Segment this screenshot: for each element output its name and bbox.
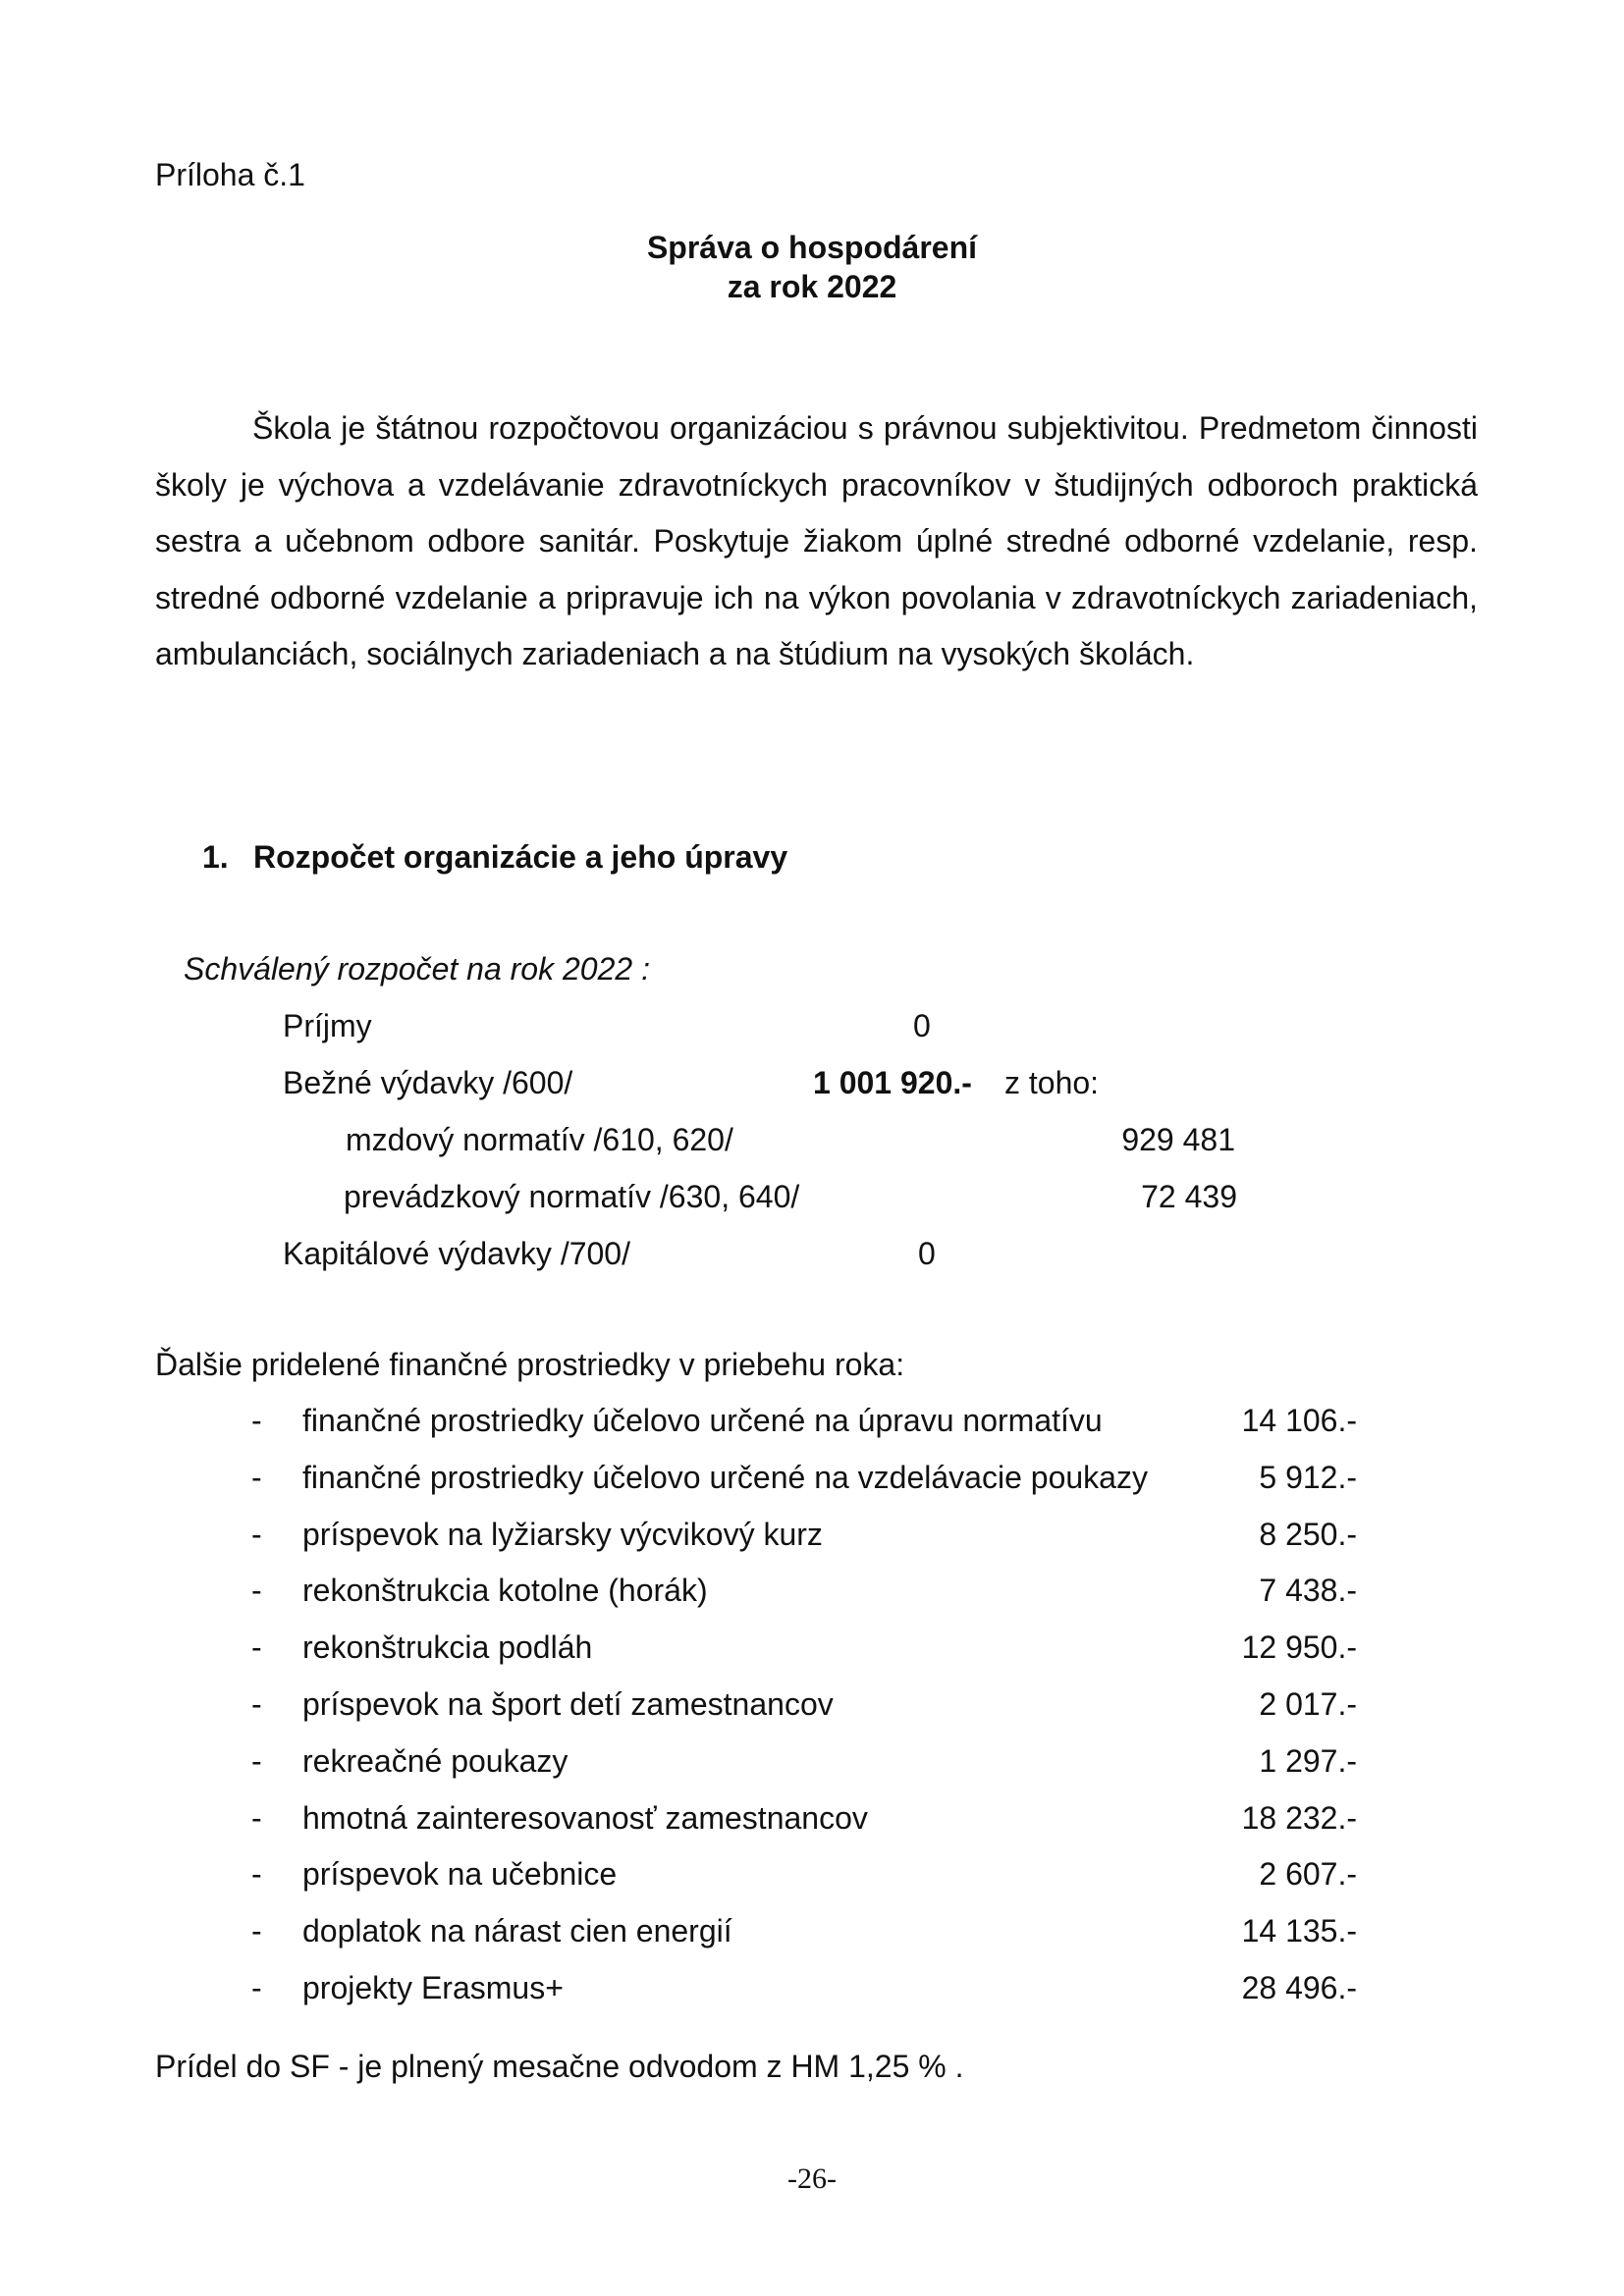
budget-note: z toho: [1004,1063,1099,1102]
approved-budget-heading: Schválený rozpočet na rok 2022 : [184,949,650,988]
item-label: projekty Erasmus+ [302,1968,564,2007]
item-amount: 12 950.- [1242,1628,1357,1667]
title-line-1: Správa o hospodárení [0,228,1624,267]
list-item: -projekty Erasmus+28 496.- [0,1968,1624,2007]
list-item: -príspevok na lyžiarsky výcvikový kurz8 … [0,1515,1624,1554]
item-amount: 8 250.- [1259,1515,1357,1554]
list-item: -príspevok na šport detí zamestnancov2 0… [0,1684,1624,1724]
bullet-dash: - [251,1854,262,1894]
section-heading: 1.Rozpočet organizácie a jeho úpravy [202,837,787,877]
list-item: -rekonštrukcia podláh12 950.- [0,1628,1624,1667]
bullet-dash: - [251,1458,262,1497]
bullet-dash: - [251,1968,262,2007]
bullet-dash: - [251,1798,262,1838]
budget-row-operating-norm: prevádzkový normatív /630, 640/ 72 439 [0,1177,1624,1216]
list-item: -rekonštrukcia kotolne (horák)7 438.- [0,1571,1624,1610]
item-amount: 14 135.- [1242,1911,1357,1950]
social-fund-note: Prídel do SF - je plnený mesačne odvodom… [155,2047,964,2086]
budget-label: Príjmy [283,1006,372,1045]
bullet-dash: - [251,1628,262,1667]
bullet-dash: - [251,1515,262,1554]
item-label: rekonštrukcia podláh [302,1628,592,1667]
budget-row-wage-norm: mzdový normatív /610, 620/ 929 481 [0,1120,1624,1159]
section-number: 1. [202,837,253,877]
item-label: príspevok na učebnice [302,1854,617,1894]
list-item: -finančné prostriedky účelovo určené na … [0,1458,1624,1497]
intro-paragraph: Škola je štátnou rozpočtovou organizácio… [155,400,1478,683]
page-number: -26- [0,2160,1624,2199]
item-amount: 2 607.- [1259,1854,1357,1894]
title-line-2: za rok 2022 [0,267,1624,306]
document-title: Správa o hospodárení za rok 2022 [0,228,1624,306]
annex-label: Príloha č.1 [155,155,305,194]
bullet-dash: - [251,1911,262,1950]
budget-row-income: Príjmy 0 [0,1006,1624,1045]
budget-label: mzdový normatív /610, 620/ [346,1120,733,1159]
budget-label: Kapitálové výdavky /700/ [283,1234,630,1273]
item-label: finančné prostriedky účelovo určené na ú… [302,1401,1103,1440]
list-item: -hmotná zainteresovanosť zamestnancov18 … [0,1798,1624,1838]
budget-value: 72 439 [1141,1177,1237,1216]
item-amount: 18 232.- [1242,1798,1357,1838]
section-title: Rozpočet organizácie a jeho úpravy [253,839,787,875]
item-amount: 5 912.- [1259,1458,1357,1497]
bullet-dash: - [251,1684,262,1724]
item-label: príspevok na lyžiarsky výcvikový kurz [302,1515,823,1554]
item-label: príspevok na šport detí zamestnancov [302,1684,834,1724]
budget-label: prevádzkový normatív /630, 640/ [344,1177,799,1216]
bullet-dash: - [251,1571,262,1610]
item-label: doplatok na nárast cien energií [302,1911,732,1950]
list-item: -príspevok na učebnice2 607.- [0,1854,1624,1894]
budget-row-capital-expenses: Kapitálové výdavky /700/ 0 [0,1234,1624,1273]
item-label: rekonštrukcia kotolne (horák) [302,1571,708,1610]
item-label: rekreačné poukazy [302,1741,568,1781]
item-amount: 28 496.- [1242,1968,1357,2007]
list-item: -doplatok na nárast cien energií14 135.- [0,1911,1624,1950]
budget-row-current-expenses: Bežné výdavky /600/ 1 001 920.- z toho: [0,1063,1624,1102]
item-amount: 1 297.- [1259,1741,1357,1781]
budget-value: 929 481 [1121,1120,1235,1159]
item-label: finančné prostriedky účelovo určené na v… [302,1458,1148,1497]
item-amount: 2 017.- [1259,1684,1357,1724]
budget-value: 0 [918,1234,936,1273]
budget-label: Bežné výdavky /600/ [283,1063,572,1102]
budget-value: 1 001 920.- [813,1063,972,1102]
bullet-dash: - [251,1401,262,1440]
budget-value: 0 [913,1006,931,1045]
list-item: -rekreačné poukazy1 297.- [0,1741,1624,1781]
item-amount: 14 106.- [1242,1401,1357,1440]
item-label: hmotná zainteresovanosť zamestnancov [302,1798,868,1838]
bullet-dash: - [251,1741,262,1781]
item-amount: 7 438.- [1259,1571,1357,1610]
additional-funds-heading: Ďalšie pridelené finančné prostriedky v … [155,1345,904,1384]
list-item: -finančné prostriedky účelovo určené na … [0,1401,1624,1440]
